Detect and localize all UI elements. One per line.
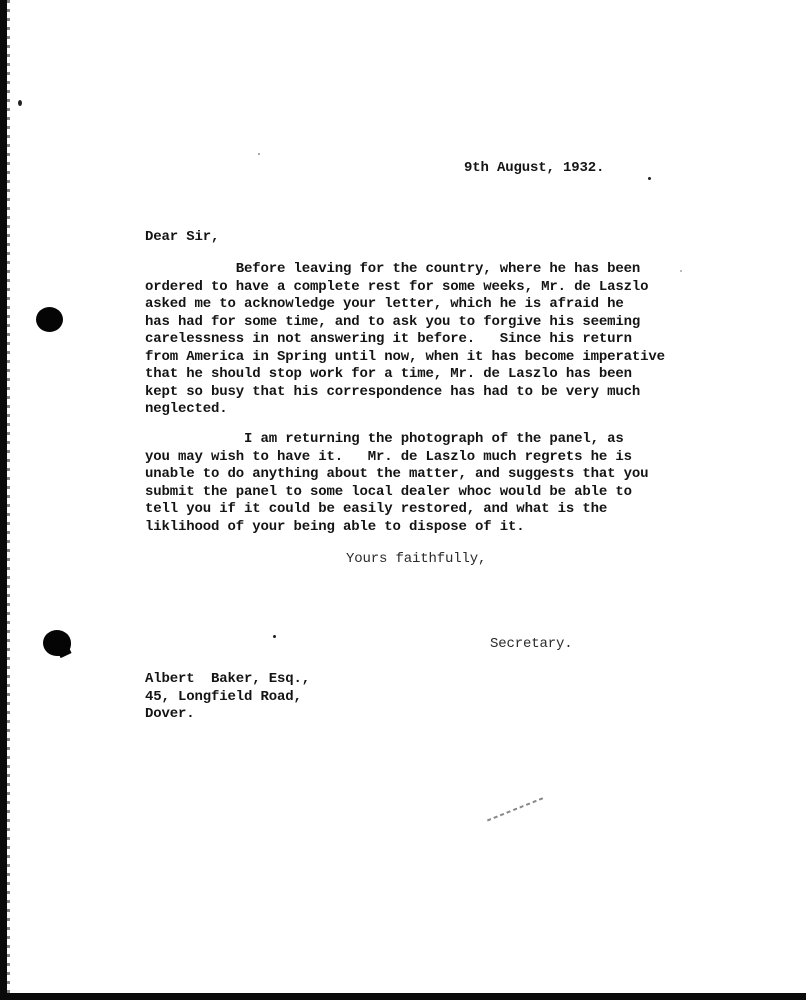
- punch-hole-upper: [36, 307, 63, 332]
- address-line-street: 45, Longfield Road,: [145, 689, 310, 707]
- text-line: kept so busy that his correspondence has…: [145, 384, 745, 402]
- text-line: ordered to have a complete rest for some…: [145, 279, 745, 297]
- text-line: submit the panel to some local dealer wh…: [145, 484, 745, 502]
- letter-paragraph-1: Before leaving for the country, where he…: [145, 261, 745, 419]
- text-line: from America in Spring until now, when i…: [145, 349, 745, 367]
- letter-closing: Yours faithfully,: [346, 551, 486, 569]
- text-line: liklihood of your being able to dispose …: [145, 519, 745, 537]
- scan-bottom-edge: [0, 993, 806, 1000]
- text-line: neglected.: [145, 401, 745, 419]
- letter-signature-title: Secretary.: [490, 636, 573, 654]
- text-line: you may wish to have it. Mr. de Laszlo m…: [145, 449, 745, 467]
- text-line: has had for some time, and to ask you to…: [145, 314, 745, 332]
- ink-speck: [273, 635, 276, 638]
- scan-left-edge: [0, 0, 7, 1000]
- ink-speck: [648, 177, 651, 180]
- letter-paragraph-2: I am returning the photograph of the pan…: [145, 431, 745, 536]
- stray-mark: [487, 796, 545, 821]
- text-line: carelessness in not answering it before.…: [145, 331, 745, 349]
- ink-speck: [18, 100, 22, 106]
- letter-date: 9th August, 1932.: [464, 160, 604, 178]
- ink-speck: [258, 153, 260, 155]
- scan-left-edge-noise: [7, 0, 10, 1000]
- letter-salutation: Dear Sir,: [145, 229, 219, 247]
- text-line: asked me to acknowledge your letter, whi…: [145, 296, 745, 314]
- address-line-town: Dover.: [145, 706, 310, 724]
- text-line: I am returning the photograph of the pan…: [145, 431, 745, 449]
- address-line-name: Albert Baker, Esq.,: [145, 671, 310, 689]
- recipient-address: Albert Baker, Esq., 45, Longfield Road, …: [145, 671, 310, 724]
- text-line: Before leaving for the country, where he…: [145, 261, 745, 279]
- text-line: unable to do anything about the matter, …: [145, 466, 745, 484]
- text-line: that he should stop work for a time, Mr.…: [145, 366, 745, 384]
- text-line: tell you if it could be easily restored,…: [145, 501, 745, 519]
